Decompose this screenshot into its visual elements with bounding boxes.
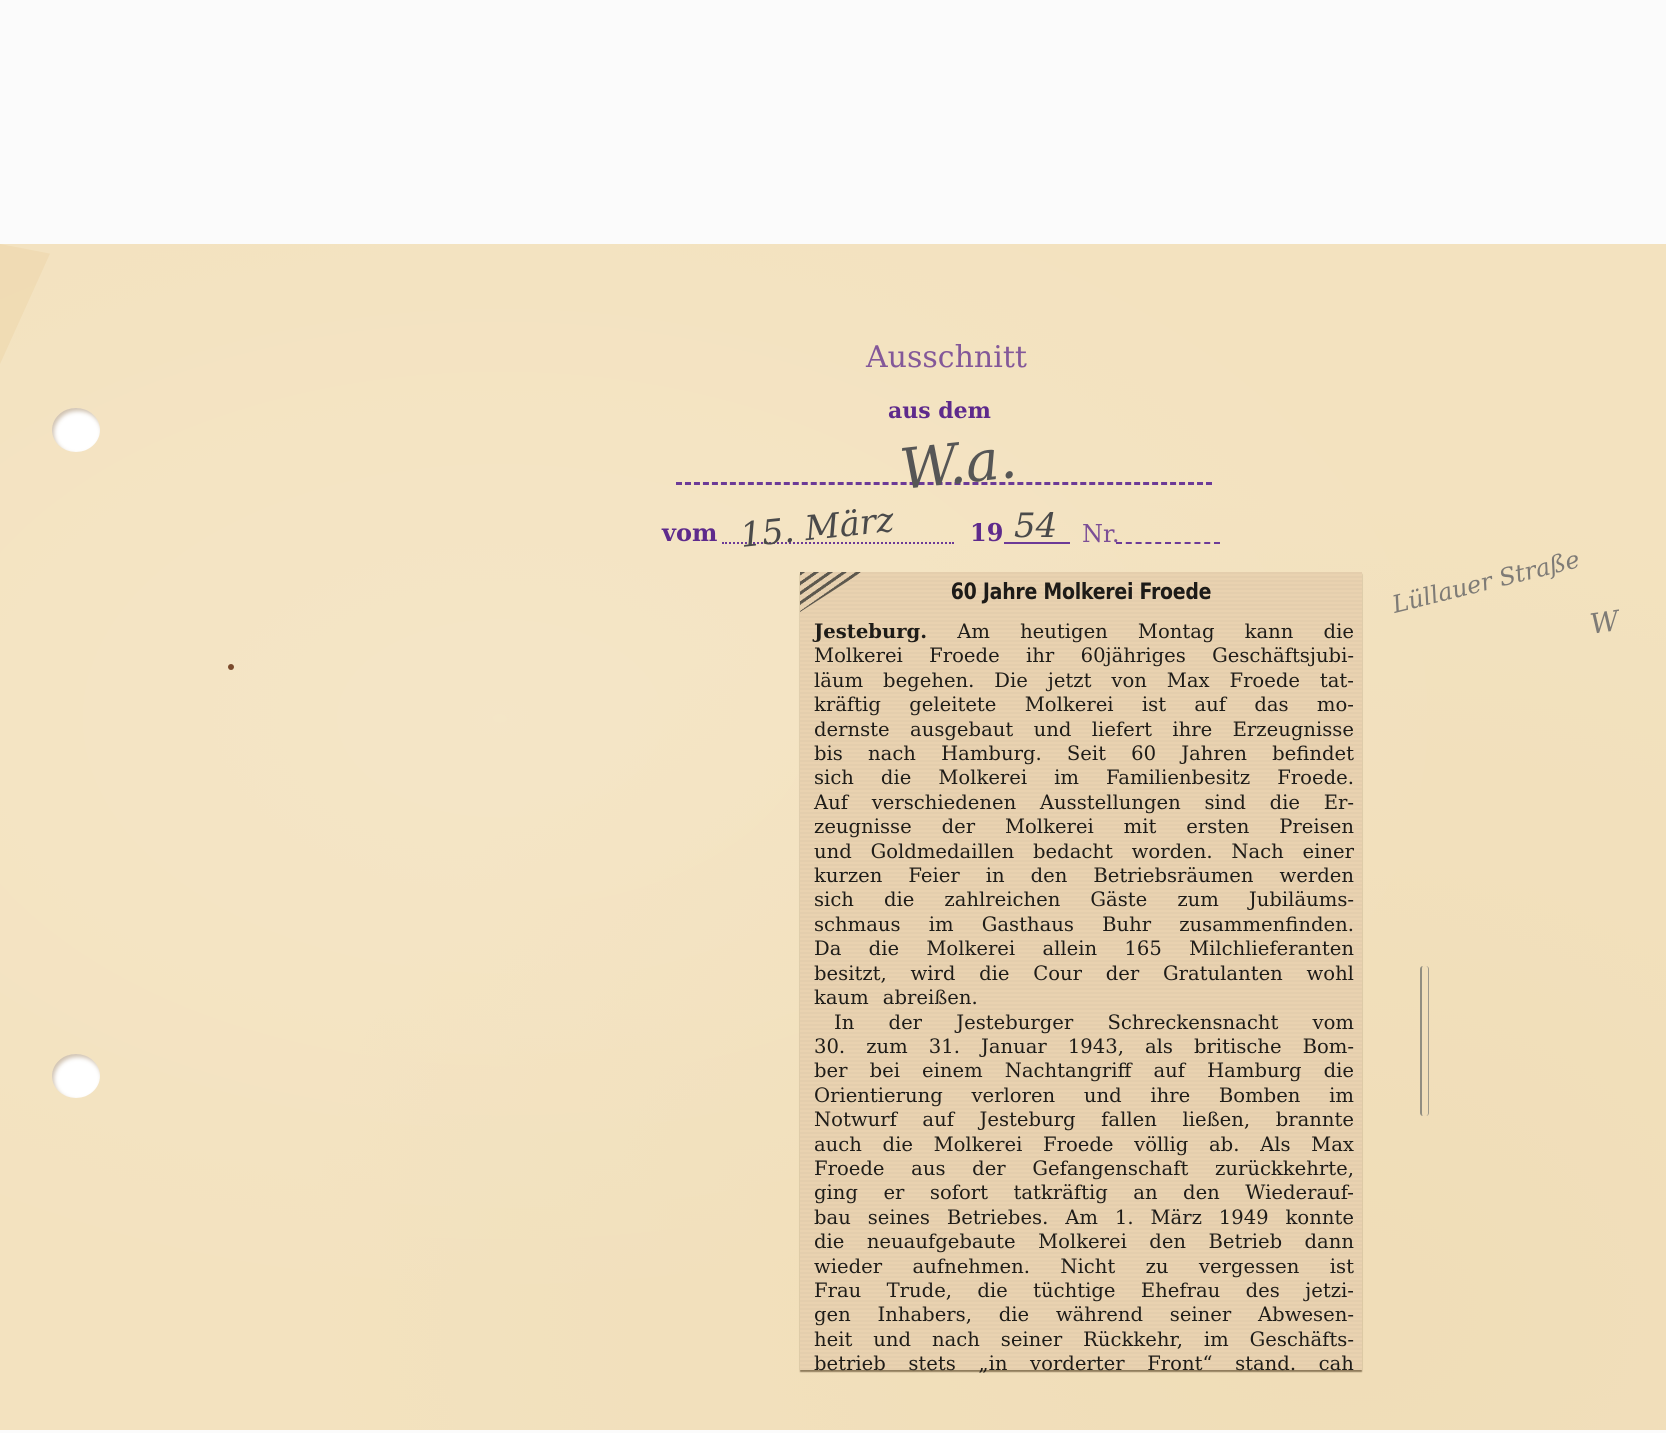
clipping-line: betriebstets„invorderterFront“stand.cah xyxy=(814,1352,1354,1376)
clipping-line: sichdiezahlreichenGästezumJubiläums- xyxy=(814,888,1354,912)
clipping-line: FrauTrude,dietüchtigeEhefraudesjetzi- xyxy=(814,1279,1354,1303)
clipping-line: kurzenFeierindenBetriebsräumenwerden xyxy=(814,864,1354,888)
clipping-headline: 60 Jahre Molkerei Froede xyxy=(839,580,1322,605)
stamp-subtitle: aus dem xyxy=(888,398,991,424)
clipping-line: gingersoforttatkräftigandenWiederauf- xyxy=(814,1181,1354,1205)
punch-hole-bottom xyxy=(52,1054,100,1098)
clipping-line: sichdieMolkereiimFamilienbesitzFroede. xyxy=(814,766,1354,790)
clipping-line: besitzt,wirddieCourderGratulantenwohl xyxy=(814,962,1354,986)
clipping-line: 30.zum31.Januar1943,alsbritischeBom- xyxy=(814,1035,1354,1059)
clipping-line: zeugnissederMolkereimiterstenPreisen xyxy=(814,815,1354,839)
clipping-line: DadieMolkereiallein165Milchlieferanten xyxy=(814,937,1354,961)
stamp-date-label: vom xyxy=(662,518,717,547)
clipping-line: berbeieinemNachtangriffaufHamburgdie xyxy=(814,1059,1354,1083)
stamp-title: Ausschnitt xyxy=(866,340,1027,375)
clipping-line: schmausimGasthausBuhrzusammenfinden. xyxy=(814,913,1354,937)
clipping-line: kräftiggeleiteteMolkereiistaufdasmo- xyxy=(814,693,1354,717)
clipping-line: NotwurfaufJesteburgfallenließen,brannte xyxy=(814,1108,1354,1132)
stamp-year-prefix: 19 xyxy=(970,518,1003,547)
punch-hole-top xyxy=(52,408,100,452)
stamp-number-line xyxy=(1116,542,1220,544)
clipping-line: wiederaufnehmen.Nichtzuvergessenist xyxy=(814,1255,1354,1279)
clipping-line: InderJesteburgerSchreckensnachtvom xyxy=(814,1011,1354,1035)
pencil-stroke-mark xyxy=(1420,966,1429,1116)
clipping-line: bauseinesBetriebes.Am1.März1949konnte xyxy=(814,1206,1354,1230)
handwritten-year: 54 xyxy=(1014,506,1057,546)
clipping-line: FroedeausderGefangenschaftzurückkehrte, xyxy=(814,1157,1354,1181)
clipping-line: genInhabers,diewährendseinerAbwesen- xyxy=(814,1303,1354,1327)
handwritten-newspaper: W.a. xyxy=(897,426,1020,503)
clipping-line: dieneuaufgebauteMolkereidenBetriebdann xyxy=(814,1230,1354,1254)
clipping-line: dernsteausgebautundliefertihreErzeugniss… xyxy=(814,718,1354,742)
clipping-body: Jesteburg.AmheutigenMontagkanndieMolkere… xyxy=(814,620,1354,1377)
clipping-line: läumbegehen.DiejetztvonMaxFroedetat- xyxy=(814,669,1354,693)
clipping-line: auchdieMolkereiFroedevölligab.AlsMax xyxy=(814,1133,1354,1157)
newspaper-clipping: 60 Jahre Molkerei Froede Jesteburg.Amheu… xyxy=(800,572,1362,1370)
clipping-line: kaumabreißen. xyxy=(814,986,1354,1010)
clipping-line: heitundnachseinerRückkehr,imGeschäfts- xyxy=(814,1328,1354,1352)
ink-speck xyxy=(228,664,234,670)
stamp-number-label: Nr. xyxy=(1082,520,1119,548)
clipping-line: AufverschiedenenAusstellungensinddieEr- xyxy=(814,791,1354,815)
pencil-initials: W xyxy=(1588,604,1621,641)
clipping-line: MolkereiFroedeihr60jährigesGeschäftsjubi… xyxy=(814,644,1354,668)
clipping-line: OrientierungverlorenundihreBombenim xyxy=(814,1084,1354,1108)
clipping-line: bisnachHamburg.Seit60Jahrenbefindet xyxy=(814,742,1354,766)
clipping-line: undGoldmedaillenbedachtworden.Nacheiner xyxy=(814,840,1354,864)
clipping-line: Jesteburg.AmheutigenMontagkanndie xyxy=(814,620,1354,644)
